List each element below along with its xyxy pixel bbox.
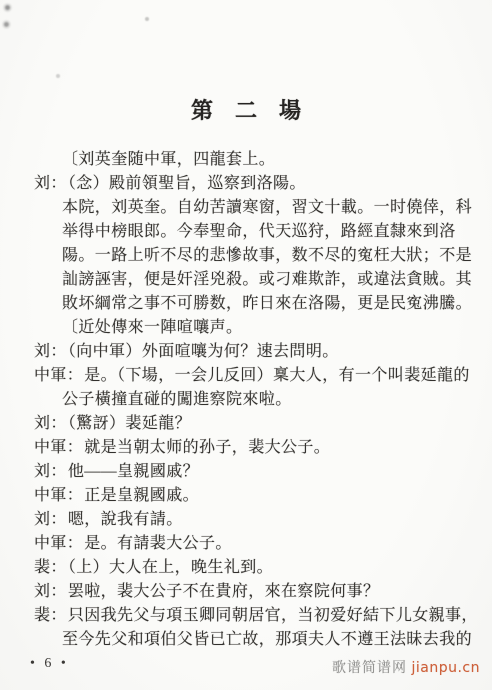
- line-text: （念）殿前領聖旨，巡察到洛陽。: [68, 175, 306, 192]
- dialogue-continuation-line: 公子橫撞直碰的闖進察院來啦。: [62, 388, 486, 412]
- page-number: • 6 •: [30, 656, 69, 672]
- speaker-label: 中軍：: [34, 367, 83, 384]
- speaker-label: 刘：: [34, 415, 67, 432]
- line-text: 公子橫撞直碰的闖進察院來啦。: [62, 391, 292, 408]
- speaker-label: 刘：: [34, 463, 67, 480]
- dialogue-continuation-line: 敗坏綱常之事不可勝数，昨日來在洛陽，更是民寃沸騰。: [62, 292, 486, 316]
- dialogue-continuation-line: 至今先父和項伯父皆已亡故，那項夫人不遵王法昧去我的: [62, 628, 486, 652]
- speaker-label: 刘：: [34, 343, 67, 360]
- speaker-label: 中軍：: [34, 439, 83, 456]
- line-text: （向中軍）外面喧嚷为何？速去問明。: [68, 343, 339, 360]
- dialogue-continuation-line: 訕謗誣害，便是奸淫兇殺。或刁难欺詐，或違法貪賊。其: [62, 268, 486, 292]
- ink-smudge: [2, 2, 13, 30]
- dialogue-line: 刘：他——皇親國戚？: [34, 460, 486, 484]
- line-text: 訕謗誣害，便是奸淫兇殺。或刁难欺詐，或違法貪賊。其: [62, 271, 472, 288]
- dialogue-line: 裴：只因我先父与項玉卿同朝居官，当初爱好結下儿女親事，: [34, 604, 486, 628]
- dialogue-line: 刘：（向中軍）外面喧嚷为何？速去問明。: [34, 340, 486, 364]
- dialogue-line: 中軍：是。（下場，一会儿反回）稟大人，有一个叫裴延龍的: [34, 364, 486, 388]
- stage-direction-line: 〔刘英奎随中軍，四龍套上。: [62, 148, 486, 172]
- speaker-label: 刘：: [34, 175, 67, 192]
- dialogue-line: 裴：（上）大人在上，晚生礼到。: [34, 556, 486, 580]
- dialogue-continuation-line: 本院，刘英奎。自幼苦讀寒窗，習文十載。一时僥倖，科: [62, 196, 486, 220]
- line-text: 只因我先父与項玉卿同朝居官，当初爱好結下儿女親事，: [68, 607, 478, 624]
- line-text: 〔刘英奎随中軍，四龍套上。: [62, 151, 275, 168]
- line-text: 嗯，說我有請。: [68, 511, 183, 528]
- line-text: （驚訝）裴延龍？: [68, 415, 191, 432]
- line-text: 陽。一路上听不尽的悲慘故事，数不尽的寃枉大狀；不是: [62, 247, 472, 264]
- script-body: 〔刘英奎随中軍，四龍套上。 刘：（念）殿前領聖旨，巡察到洛陽。 本院，刘英奎。自…: [34, 148, 486, 652]
- dialogue-line: 刘：（念）殿前領聖旨，巡察到洛陽。: [34, 172, 486, 196]
- dialogue-line: 中軍：是。有請裴大公子。: [34, 532, 486, 556]
- dialogue-line: 刘：（驚訝）裴延龍？: [34, 412, 486, 436]
- dialogue-line: 刘：嗯，說我有請。: [34, 508, 486, 532]
- line-text: 〔近处傳來一陣喧嚷声。: [62, 319, 242, 336]
- line-text: 是。有請裴大公子。: [84, 535, 232, 552]
- dialogue-continuation-line: 陽。一路上听不尽的悲慘故事，数不尽的寃枉大狀；不是: [62, 244, 486, 268]
- line-text: 是。（下場，一会儿反回）稟大人，有一个叫裴延龍的: [84, 367, 470, 384]
- dialogue-line: 中軍：正是皇親國戚。: [34, 484, 486, 508]
- line-text: 就是当朝太师的孙子，裴大公子。: [84, 439, 330, 456]
- stage-direction-line: 〔近处傳來一陣喧嚷声。: [62, 316, 486, 340]
- scan-speck: [56, 74, 60, 78]
- watermark-domain: jianpu.cn: [411, 660, 480, 676]
- speaker-label: 裴：: [34, 607, 67, 624]
- watermark-site-name: 歌谱简谱网: [332, 661, 407, 676]
- scan-speck: [145, 17, 149, 21]
- line-text: 正是皇親國戚。: [84, 487, 199, 504]
- speaker-label: 刘：: [34, 511, 67, 528]
- dialogue-line: 刘：罢啦，裴大公子不在貴府，來在察院何事？: [34, 580, 486, 604]
- speaker-label: 裴：: [34, 559, 67, 576]
- scanned-script-page: 第 二 場 〔刘英奎随中軍，四龍套上。 刘：（念）殿前領聖旨，巡察到洛陽。 本院…: [0, 0, 492, 690]
- dialogue-line: 中軍：就是当朝太师的孙子，裴大公子。: [34, 436, 486, 460]
- watermark: 歌谱简谱网 jianpu.cn: [332, 657, 480, 677]
- line-text: 敗坏綱常之事不可勝数，昨日來在洛陽，更是民寃沸騰。: [62, 295, 472, 312]
- line-text: 罢啦，裴大公子不在貴府，來在察院何事？: [68, 583, 380, 600]
- line-text: 举得中榜眼郎。今奉聖命，代天巡狩，路經直隸來到洛: [62, 223, 456, 240]
- scene-title: 第 二 場: [0, 94, 492, 125]
- line-text: （上）大人在上，晚生礼到。: [68, 559, 273, 576]
- line-text: 本院，刘英奎。自幼苦讀寒窗，習文十載。一时僥倖，科: [62, 199, 472, 216]
- dialogue-continuation-line: 举得中榜眼郎。今奉聖命，代天巡狩，路經直隸來到洛: [62, 220, 486, 244]
- speaker-label: 刘：: [34, 583, 67, 600]
- line-text: 至今先父和項伯父皆已亡故，那項夫人不遵王法昧去我的: [62, 631, 472, 648]
- speaker-label: 中軍：: [34, 535, 83, 552]
- speaker-label: 中軍：: [34, 487, 83, 504]
- line-text: 他——皇親國戚？: [68, 463, 199, 480]
